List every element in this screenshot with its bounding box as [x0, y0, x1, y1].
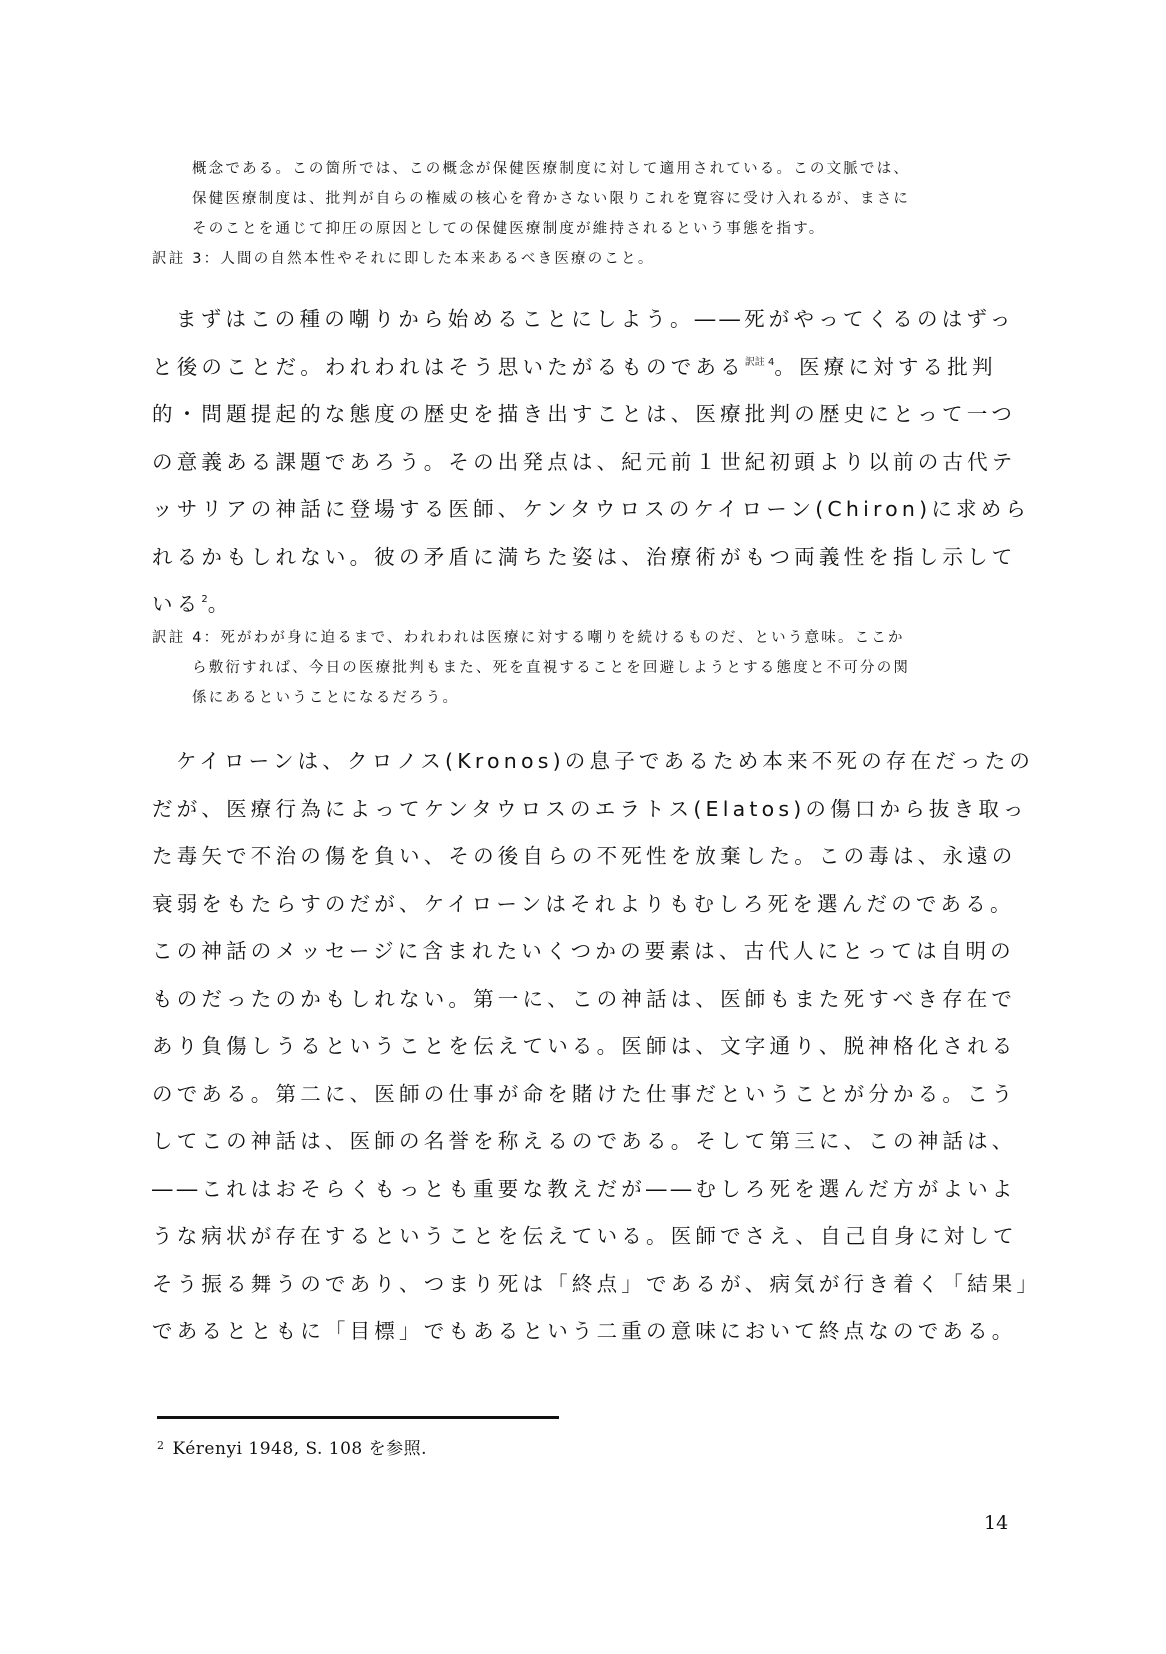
footnote-divider [157, 1416, 559, 1419]
paragraph-2: ケイローンは、クロノス(Kronos)の息子であるため本来不死の存在だったの だ… [152, 738, 1012, 1356]
body-line: と後のことだ。われわれはそう思いたがるものである訳註 4。医療に対する批判 [152, 344, 1012, 392]
note-line: 概念である。この箇所では、この概念が保健医療制度に対して適用されている。この文脈… [152, 154, 1012, 184]
body-text: と後のことだ。われわれはそう思いたがるものである [152, 355, 745, 379]
paragraph-1: まずはこの種の嘲りから始めることにしよう。――死がやってくるのはずっ と後のこと… [152, 296, 1012, 629]
body-line: いる2。 [152, 581, 1012, 629]
translator-note-3-continuation: 概念である。この箇所では、この概念が保健医療制度に対して適用されている。この文脈… [152, 154, 1012, 274]
body-line: だが、医療行為によってケンタウロスのエラトス(Elatos)の傷口から抜き取っ [152, 786, 1012, 834]
body-line: であるとともに「目標」でもあるという二重の意味において終点なのである。 [152, 1308, 1012, 1356]
note-line: 訳註 4：死がわが身に迫るまで、われわれは医療に対する嘲りを続けるものだ、という… [152, 623, 1012, 653]
note-line: 保健医療制度は、批判が自らの権威の核心を脅かさない限りこれを寛容に受け入れるが、… [152, 184, 1012, 214]
body-line: そう振る舞うのであり、つまり死は「終点」であるが、病気が行き着く「結果」 [152, 1261, 1012, 1309]
note-line: ら敷衍すれば、今日の医療批判もまた、死を直視することを回避しようとする態度と不可… [152, 653, 1012, 683]
translator-note-4: 訳註 4：死がわが身に迫るまで、われわれは医療に対する嘲りを続けるものだ、という… [152, 623, 1012, 713]
body-line: のである。第二に、医師の仕事が命を賭けた仕事だということが分かる。こう [152, 1071, 1012, 1119]
body-line: この神話のメッセージに含まれたいくつかの要素は、古代人にとっては自明の [152, 928, 1012, 976]
body-line: ――これはおそらくもっとも重要な教えだが――むしろ死を選んだ方がよいよ [152, 1166, 1012, 1214]
body-line: た毒矢で不治の傷を負い、その後自らの不死性を放棄した。この毒は、永遠の [152, 833, 1012, 881]
body-line: まずはこの種の嘲りから始めることにしよう。――死がやってくるのはずっ [152, 296, 1012, 344]
translator-note-ref[interactable]: 訳註 4 [745, 357, 775, 368]
footnote-number: 2 [157, 1439, 165, 1452]
body-line: 衰弱をもたらすのだが、ケイローンはそれよりもむしろ死を選んだのである。 [152, 881, 1012, 929]
body-line: うな病状が存在するということを伝えている。医師でさえ、自己自身に対して [152, 1213, 1012, 1261]
body-text: 。医療に対する批判 [774, 355, 996, 379]
body-text: いる [152, 592, 201, 616]
body-line: 的・問題提起的な態度の歴史を描き出すことは、医療批判の歴史にとって一つ [152, 391, 1012, 439]
body-line: れるかもしれない。彼の矛盾に満ちた姿は、治療術がもつ両義性を指し示して [152, 534, 1012, 582]
body-line: ものだったのかもしれない。第一に、この神話は、医師もまた死すべき存在で [152, 976, 1012, 1024]
body-text: 。 [208, 592, 233, 616]
footnote-2: 2Kérenyi 1948, S. 108 を参照. [157, 1434, 427, 1459]
page-number: 14 [984, 1512, 1008, 1534]
body-line: ッサリアの神話に登場する医師、ケンタウロスのケイローン(Chiron)に求めら [152, 486, 1012, 534]
body-line: してこの神話は、医師の名誉を称えるのである。そして第三に、この神話は、 [152, 1118, 1012, 1166]
translator-note-3: 訳註 3：人間の自然本性やそれに即した本来あるべき医療のこと。 [152, 244, 1012, 274]
body-line: ケイローンは、クロノス(Kronos)の息子であるため本来不死の存在だったの [152, 738, 1012, 786]
body-line: あり負傷しうるということを伝えている。医師は、文字通り、脱神格化される [152, 1023, 1012, 1071]
document-page: 概念である。この箇所では、この概念が保健医療制度に対して適用されている。この文脈… [0, 0, 1166, 1654]
note-line: 係にあるということになるだろう。 [152, 683, 1012, 713]
footnote-text: Kérenyi 1948, S. 108 を参照. [173, 1439, 428, 1459]
note-line: そのことを通じて抑圧の原因としての保健医療制度が維持されるという事態を指す。 [152, 214, 1012, 244]
body-line: の意義ある課題であろう。その出発点は、紀元前１世紀初頭より以前の古代テ [152, 439, 1012, 487]
